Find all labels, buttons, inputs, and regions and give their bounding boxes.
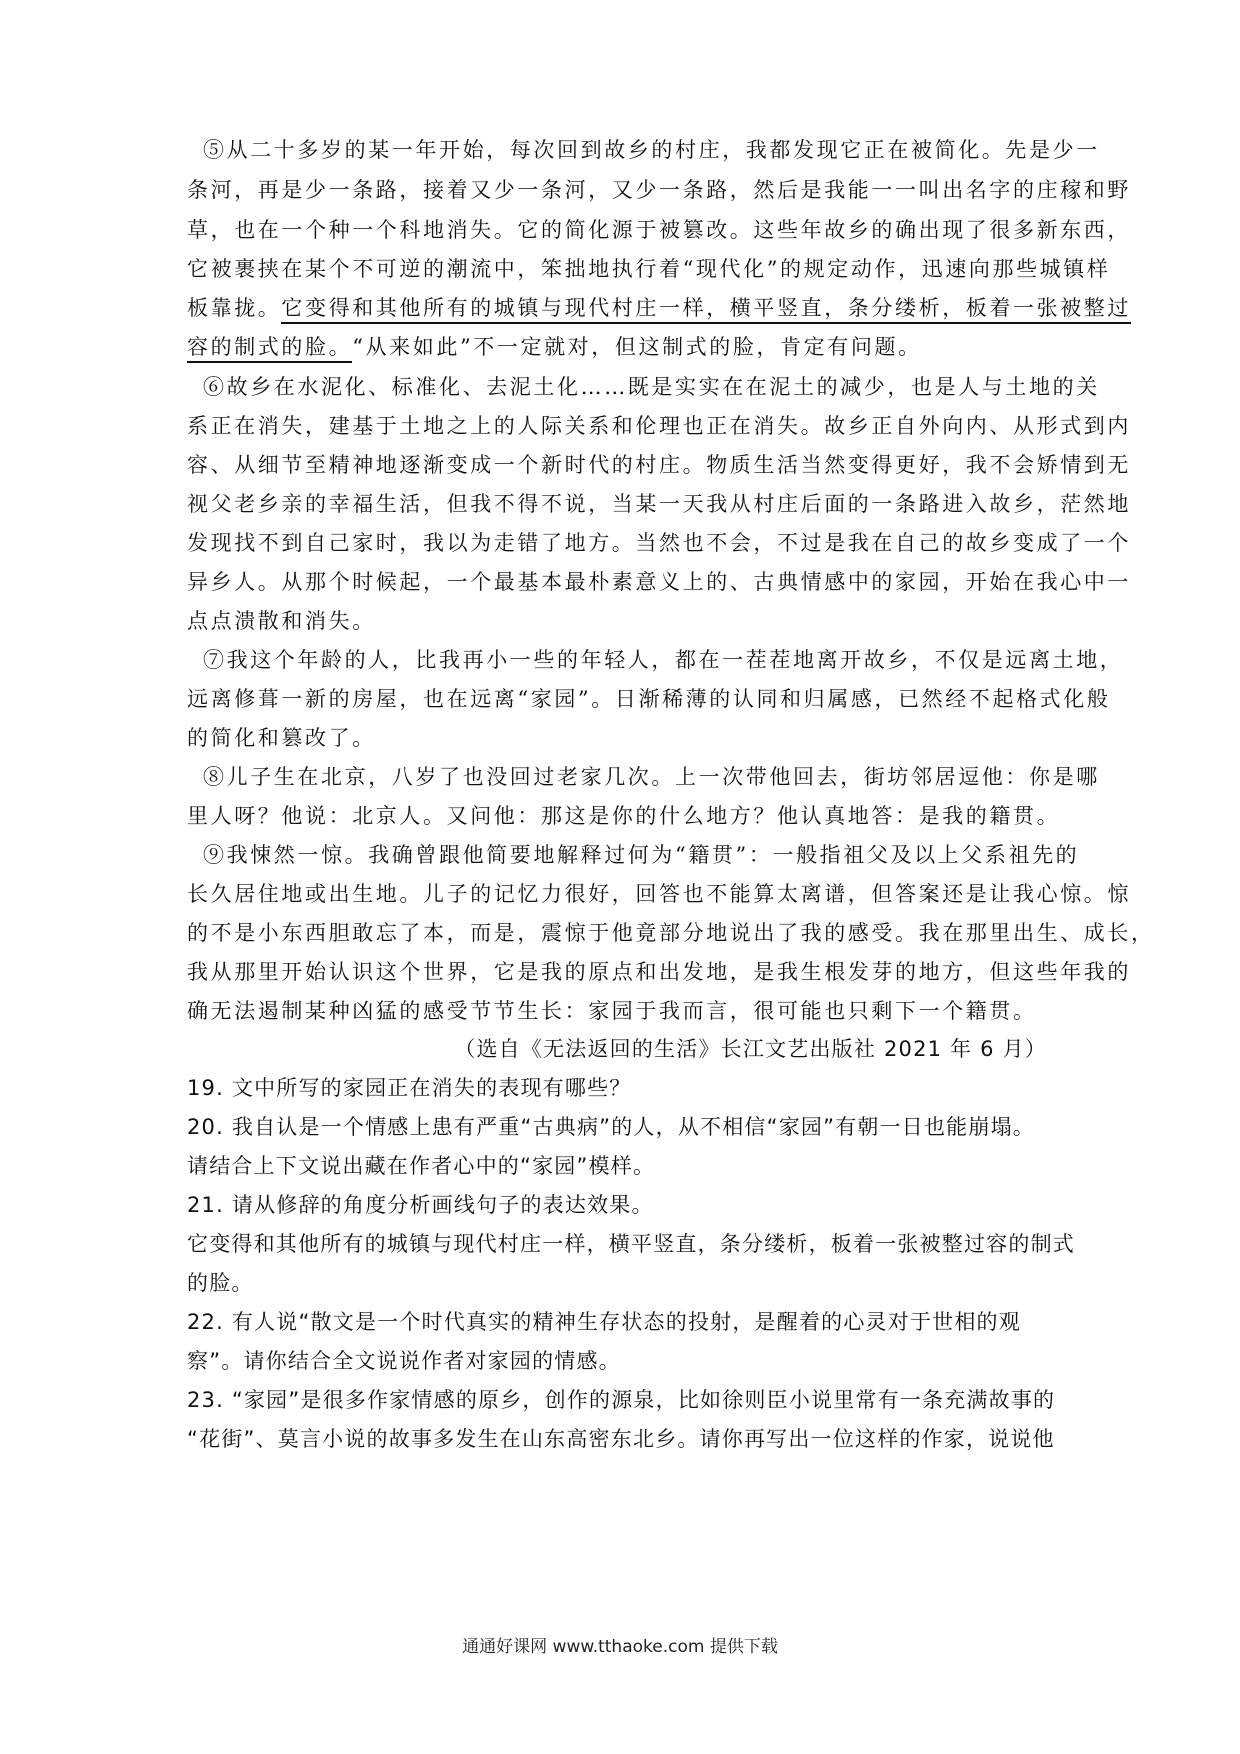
- para-9-line-3: 的不是小东西胆敢忘了本，而是，震惊于他竟部分地说出了我的感受。我在那里出生、成长…: [187, 919, 1057, 947]
- para-7-line-3: 的简化和篡改了。: [187, 724, 1057, 752]
- text: 板靠拢。: [187, 296, 281, 320]
- para-6-line-7: 点点溃散和消失。: [187, 607, 1057, 635]
- underlined-sentence-end: 容的制式的脸。: [187, 335, 352, 363]
- para-6-line-1: ⑥故乡在水泥化、标准化、去泥土化……既是实实在在泥土的减少，也是人与土地的关: [203, 373, 1073, 401]
- question-22-line-1: 22. 有人说“散文是一个时代真实的精神生存状态的投射，是醒着的心灵对于世相的观: [187, 1308, 1057, 1336]
- para-8-line-1: ⑧儿子生在北京，八岁了也没回过老家几次。上一次带他回去，街坊邻居逗他：你是哪: [203, 763, 1073, 791]
- question-23-line-2: “花街”、莫言小说的故事多发生在山东高密东北乡。请你再写出一位这样的作家，说说他: [187, 1425, 1057, 1453]
- para-6-line-2: 系正在消失，建基于土地之上的人际关系和伦理也正在消失。故乡正自外向内、从形式到内: [187, 412, 1057, 440]
- document-page: ⑤从二十多岁的某一年开始，每次回到故乡的村庄，我都发现它正在被简化。先是少一 条…: [0, 0, 1240, 1754]
- para-5-line-2: 条河，再是少一条路，接着又少一条河，又少一条路，然后是我能一一叫出名字的庄稼和野: [187, 176, 1057, 204]
- page-footer: 通通好课网 www.tthaoke.com 提供下载: [0, 1632, 1240, 1657]
- para-6-line-3: 容、从细节至精神地逐渐变成一个新时代的村庄。物质生活当然变得更好，我不会矫情到无: [187, 451, 1057, 479]
- question-21-quote-line-1: 它变得和其他所有的城镇与现代村庄一样，横平竖直，条分缕析，板着一张被整过容的制式: [187, 1230, 1057, 1258]
- para-7-line-2: 远离修葺一新的房屋，也在远离“家园”。日渐稀薄的认同和归属感，已然经不起格式化般: [187, 685, 1057, 713]
- question-22-line-2: 察”。请你结合全文说说作者对家园的情感。: [187, 1347, 1057, 1375]
- question-23-line-1: 23. “家园”是很多作家情感的原乡，创作的源泉，比如徐则臣小说里常有一条充满故…: [187, 1386, 1057, 1414]
- para-7-line-1: ⑦我这个年龄的人，比我再小一些的年轻人，都在一茬茬地离开故乡，不仅是远离土地，: [203, 646, 1073, 674]
- para-9-line-1: ⑨我悚然一惊。我确曾跟他简要地解释过何为“籍贯”：一般指祖父及以上父系祖先的: [203, 841, 1073, 869]
- text: “从来如此”不一定就对，但这制式的脸，肯定有问题。: [352, 335, 921, 359]
- para-6-line-4: 视父老乡亲的幸福生活，但我不得不说，当某一天我从村庄后面的一条路进入故乡，茫然地: [187, 490, 1057, 518]
- question-20-line-2: 请结合上下文说出藏在作者心中的“家园”模样。: [187, 1152, 1057, 1180]
- question-19: 19. 文中所写的家园正在消失的表现有哪些？: [187, 1074, 1057, 1102]
- para-5-line-1: ⑤从二十多岁的某一年开始，每次回到故乡的村庄，我都发现它正在被简化。先是少一: [203, 136, 1073, 164]
- para-9-line-4: 我从那里开始认识这个世界，它是我的原点和出发地，是我生根发芽的地方，但这些年我的: [187, 958, 1057, 986]
- para-6-line-5: 发现找不到自己家时，我以为走错了地方。当然也不会，不过是我在自己的故乡变成了一个: [187, 529, 1057, 557]
- source-citation: （选自《无法返回的生活》长江文艺出版社 2021 年 6 月）: [187, 1035, 1047, 1063]
- para-9-line-2: 长久居住地或出生地。儿子的记忆力很好，回答也不能算太离谱，但答案还是让我心惊。惊: [187, 880, 1057, 908]
- para-9-line-5: 确无法遏制某种凶猛的感受节节生长：家园于我而言，很可能也只剩下一个籍贯。: [187, 997, 1057, 1025]
- question-20-line-1: 20. 我自认是一个情感上患有严重“古典病”的人，从不相信“家园”有朝一日也能崩…: [187, 1113, 1057, 1141]
- para-5-line-3: 草，也在一个种一个科地消失。它的简化源于被篡改。这些年故乡的确出现了很多新东西，: [187, 216, 1057, 244]
- question-21-quote-line-2: 的脸。: [187, 1269, 1057, 1297]
- para-6-line-6: 异乡人。从那个时候起，一个最基本最朴素意义上的、古典情感中的家园，开始在我心中一: [187, 568, 1057, 596]
- para-5-line-4: 它被裹挟在某个不可逆的潮流中，笨拙地执行着“现代化”的规定动作，迅速向那些城镇样: [187, 255, 1057, 283]
- underlined-sentence: 它变得和其他所有的城镇与现代村庄一样，横平竖直，条分缕析，板着一张被整过: [281, 296, 1131, 324]
- question-21: 21. 请从修辞的角度分析画线句子的表达效果。: [187, 1191, 1057, 1219]
- para-5-line-5: 板靠拢。它变得和其他所有的城镇与现代村庄一样，横平竖直，条分缕析，板着一张被整过: [187, 294, 1057, 322]
- para-8-line-2: 里人呀？他说：北京人。又问他：那这是你的什么地方？他认真地答：是我的籍贯。: [187, 802, 1057, 830]
- para-5-line-6: 容的制式的脸。“从来如此”不一定就对，但这制式的脸，肯定有问题。: [187, 333, 1057, 361]
